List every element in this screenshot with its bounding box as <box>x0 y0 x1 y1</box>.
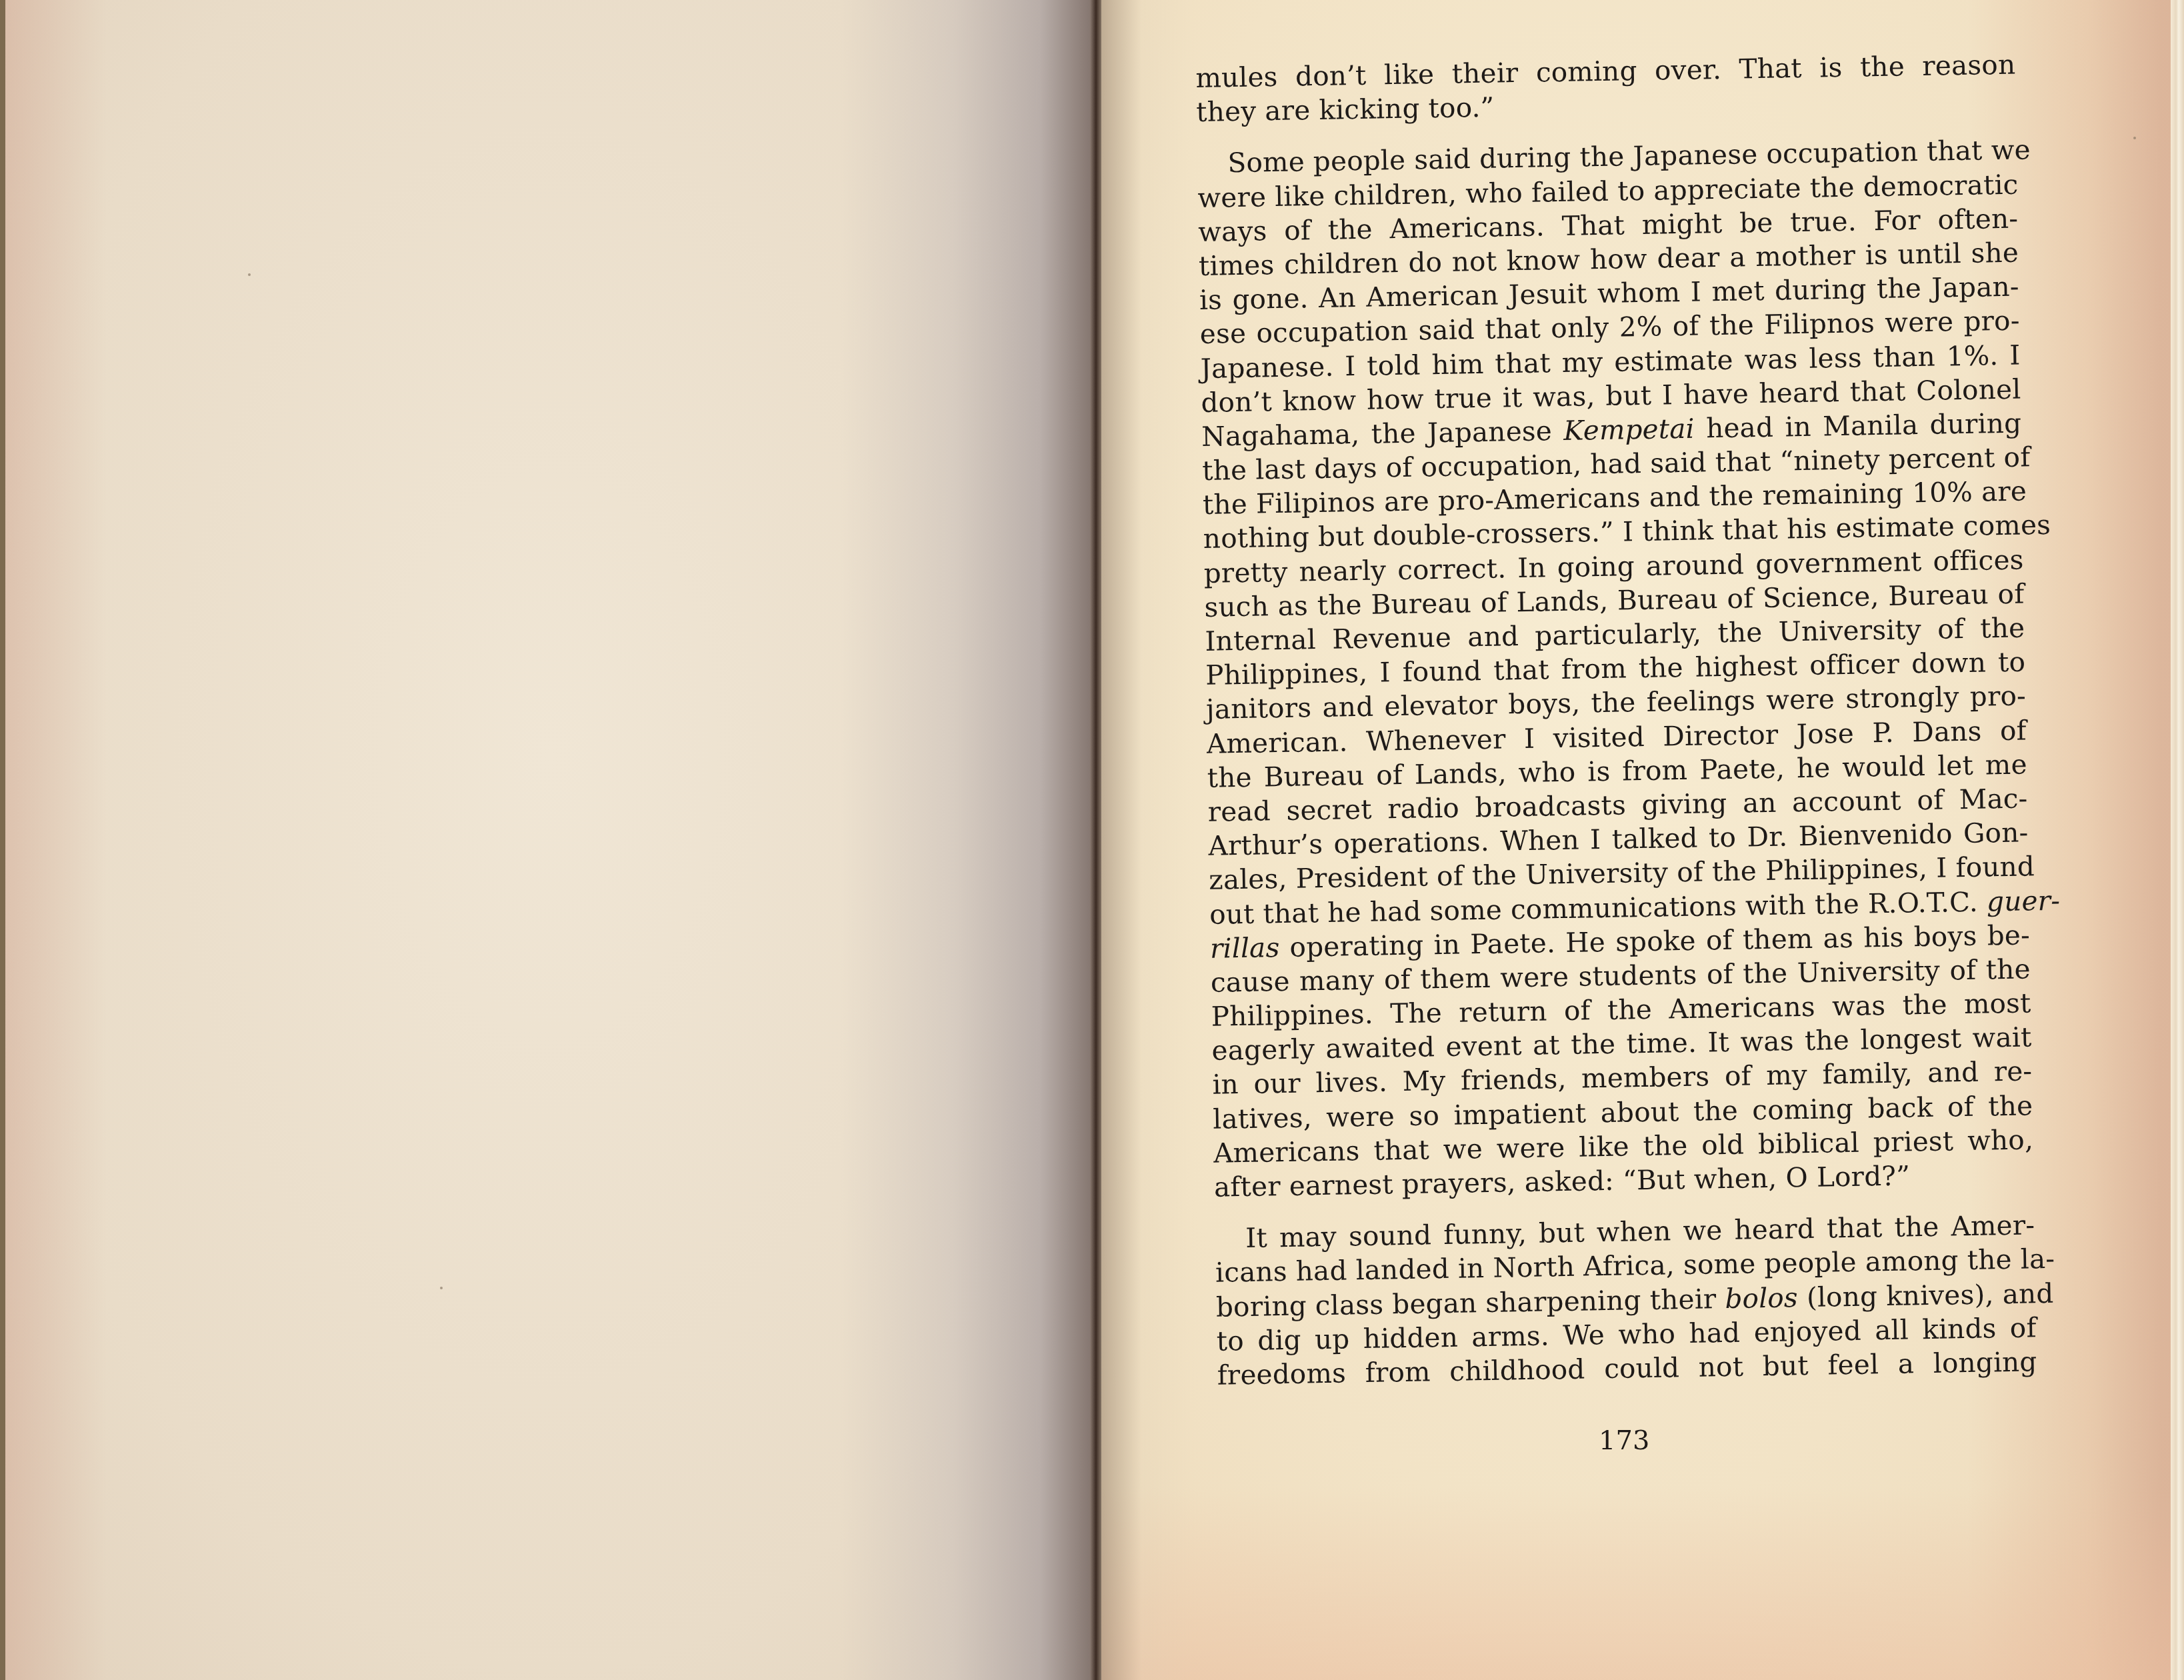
left-page-edge <box>0 0 5 1680</box>
paragraph: mules don’t like their coming over. That… <box>1195 48 2017 130</box>
paragraph: Some people said during the Japanese occ… <box>1197 133 2034 1205</box>
italic-term: guer- <box>1987 884 2061 917</box>
paper-speck <box>2133 137 2136 139</box>
book-spread: mules don’t like their coming over. That… <box>0 0 2184 1680</box>
left-page-blank <box>0 0 1100 1680</box>
italic-term: Kempetai <box>1563 413 1695 447</box>
page-number: 173 <box>1599 1425 1649 1456</box>
paper-speck <box>248 273 251 276</box>
page-body-text: mules don’t like their coming over. That… <box>1195 48 2037 1393</box>
book-gutter <box>1090 0 1102 1680</box>
paper-speck <box>440 1287 443 1289</box>
right-page-edge <box>2171 0 2184 1680</box>
italic-term: bolos <box>1725 1281 1798 1315</box>
italic-term: rillas <box>1210 931 1280 965</box>
paragraph: It may sound funny, but when we heard th… <box>1215 1209 2037 1393</box>
